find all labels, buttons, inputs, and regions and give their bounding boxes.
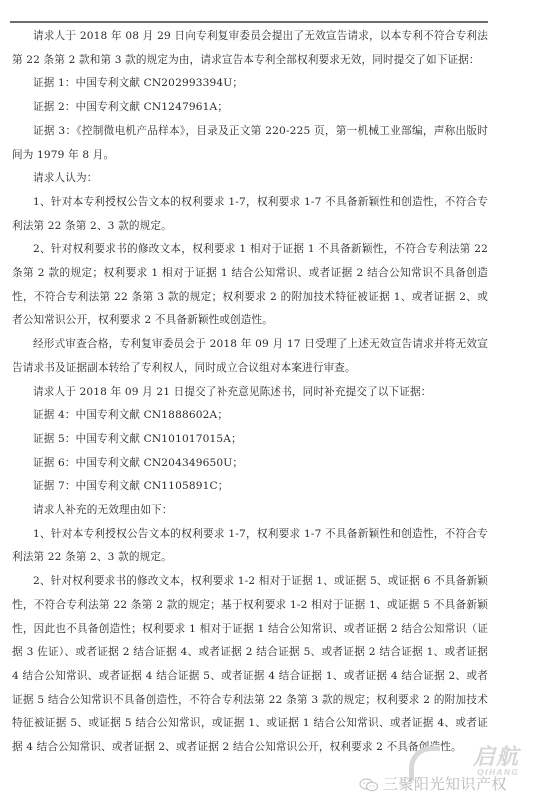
paragraph-evidence-6: 证据 6：中国专利文献 CN204349650U； [12, 452, 488, 476]
paragraph-evidence-7: 证据 7：中国专利文献 CN1105891C； [12, 475, 488, 499]
paragraph-evidence-5: 证据 5：中国专利文献 CN101017015A； [12, 428, 488, 452]
watermark-account: 三聚阳光知识产权 [359, 773, 507, 794]
paragraph-opinion-1: 1、针对本专利授权公告文本的权利要求 1-7，权利要求 1-7 不具备新颖性和创… [12, 191, 488, 238]
paragraph-supplementary-filing: 请求人于 2018 年 09 月 21 日提交了补充意见陈述书，同时补充提交了以… [12, 381, 488, 405]
paragraph-opinion-2: 2、针对权利要求书的修改文本，权利要求 1 相对于证据 1 不具备新颖性，不符合… [12, 238, 488, 333]
paragraph-requester-opinion-heading: 请求人认为： [12, 167, 488, 191]
document-body: 请求人于 2018 年 08 月 29 日向专利复审委员会提出了无效宣告请求，以… [12, 25, 488, 760]
paragraph-evidence-1: 证据 1：中国专利文献 CN202993394U； [12, 72, 488, 96]
paragraph-evidence-2: 证据 2：中国专利文献 CN1247961A； [12, 96, 488, 120]
paragraph-supplementary-reason-2: 2、针对权利要求书的修改文本，权利要求 1-2 相对于证据 1、或证据 5、或证… [12, 570, 488, 760]
header-rule [10, 21, 488, 23]
paragraph-evidence-4: 证据 4：中国专利文献 CN1888602A； [12, 404, 488, 428]
watermark: 启航 QIHANG 三聚阳光知识产权 [359, 740, 529, 796]
watermark-logo-text: 启航 [473, 740, 519, 771]
paragraph-acceptance: 经形式审查合格，专利复审委员会于 2018 年 09 月 17 日受理了上述无效… [12, 333, 488, 380]
watermark-account-name: 三聚阳光知识产权 [383, 773, 507, 794]
paragraph-evidence-3: 证据 3：《控制微电机产品样本》，目录及正文第 220-225 页，第一机械工业… [12, 120, 488, 167]
paragraph-request-filing: 请求人于 2018 年 08 月 29 日向专利复审委员会提出了无效宣告请求，以… [12, 25, 488, 72]
wechat-icon [359, 777, 379, 791]
paragraph-supplementary-reasons-heading: 请求人补充的无效理由如下： [12, 499, 488, 523]
paragraph-supplementary-reason-1: 1、针对本专利授权公告文本的权利要求 1-7，权利要求 1-7 不具备新颖性和创… [12, 523, 488, 570]
